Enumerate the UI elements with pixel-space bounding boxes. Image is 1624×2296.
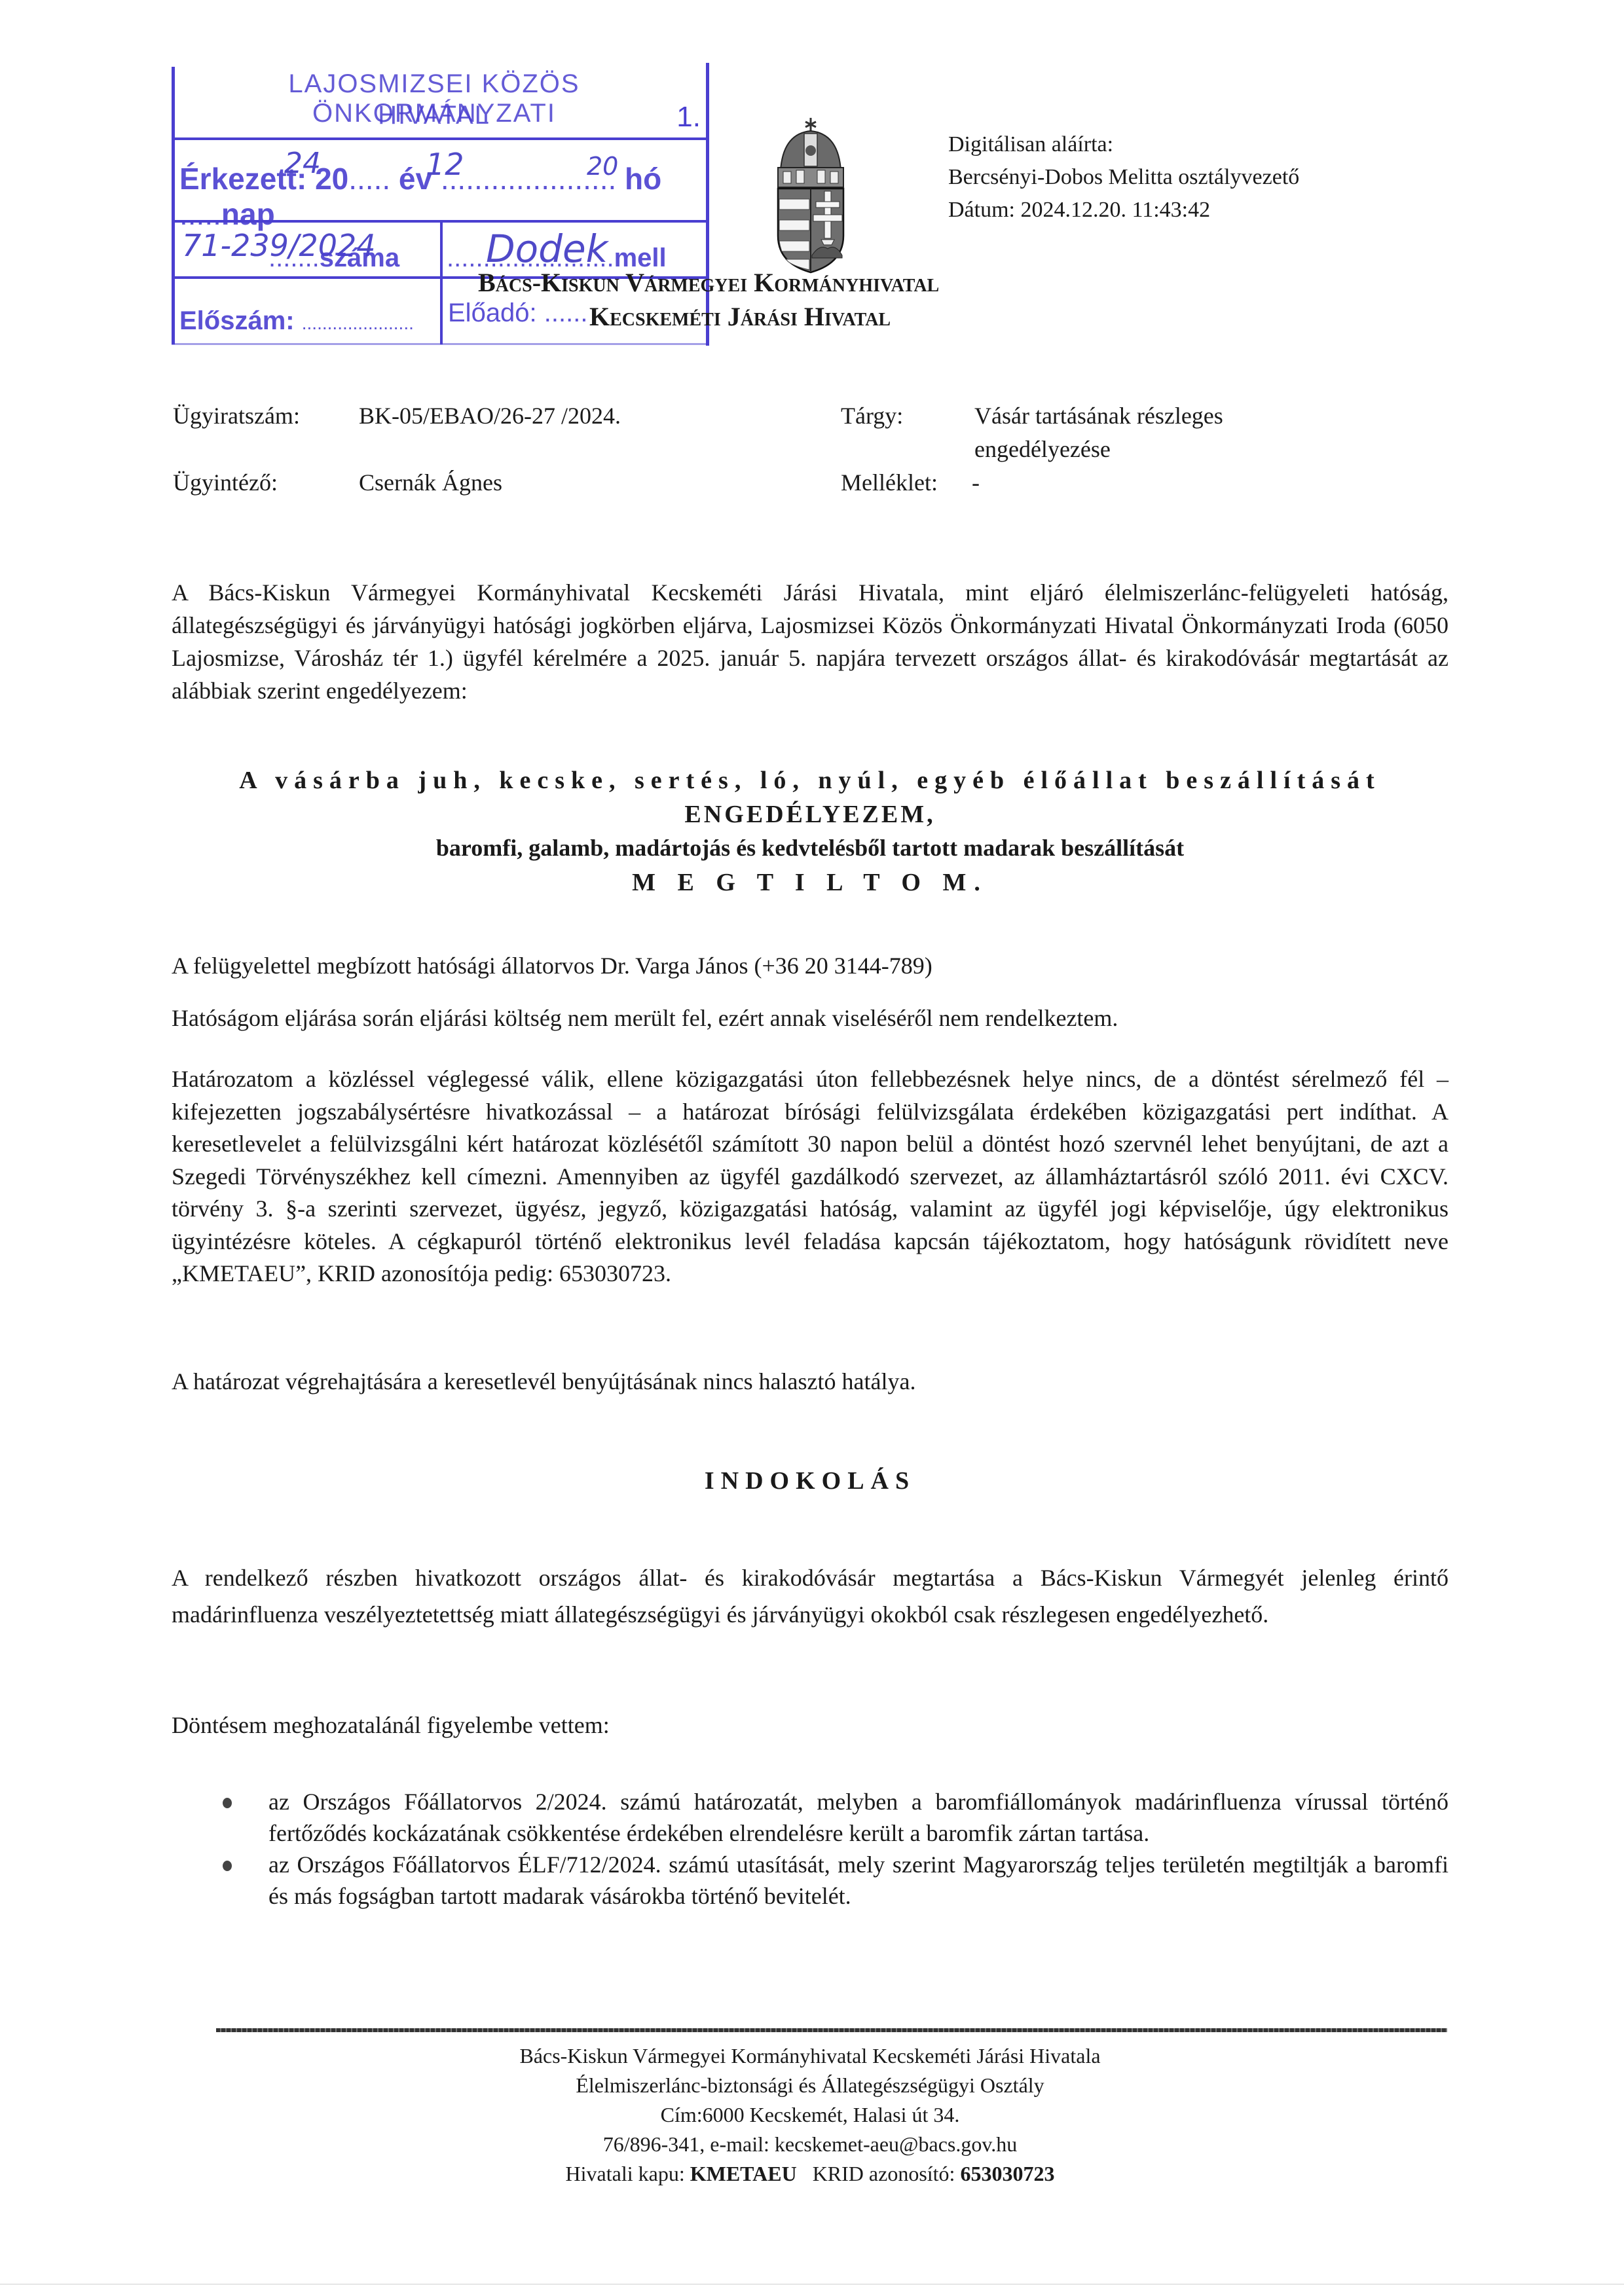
hungarian-coat-of-arms-icon xyxy=(774,118,847,275)
stamp-divider xyxy=(172,137,709,140)
reasoning-paragraph: A rendelkező részben hivatkozott országo… xyxy=(172,1559,1449,1633)
subject-line2: engedélyezése xyxy=(974,435,1111,463)
suspensive-effect-paragraph: A határozat végrehajtására a keresetlevé… xyxy=(172,1365,1449,1398)
officer-name: Csernák Ágnes xyxy=(359,469,502,496)
list-item: az Országos Főállatorvos ÉLF/712/2024. s… xyxy=(172,1849,1449,1912)
attachment-label: Melléklet: xyxy=(841,469,938,496)
digital-signature-block: Digitálisan aláírta: Bercsényi-Dobos Mel… xyxy=(948,128,1299,227)
org-name-line2: Kecskeméti Járási Hivatal xyxy=(589,301,1244,332)
considered-intro: Döntésem meghozatalánál figyelembe vette… xyxy=(172,1709,1449,1741)
reasoning-heading: INDOKOLÁS xyxy=(172,1467,1449,1495)
footer-gateway-value: KMETAEU xyxy=(690,2162,797,2185)
stamp-registry-number-label: .......száma xyxy=(268,244,399,273)
footer-krid-value: 653030723 xyxy=(960,2162,1054,2185)
bullet-icon xyxy=(223,1798,232,1808)
footer-contact: 76/896-341, e-mail: kecskemet-aeu@bacs.g… xyxy=(172,2130,1449,2159)
footer-org: Bács-Kiskun Vármegyei Kormányhivatal Kec… xyxy=(172,2041,1449,2071)
signature-signer: Bercsényi-Dobos Melitta osztályvezető xyxy=(948,161,1299,194)
stamp-received-month: 12 xyxy=(426,147,464,182)
stamp-column-divider xyxy=(440,220,443,344)
decision-prohibit: M E G T I L T O M. xyxy=(172,868,1449,897)
officer-label: Ügyintéző: xyxy=(173,469,278,496)
stamp-received-day: 20 xyxy=(587,152,618,181)
decision-banned-birds: baromfi, galamb, madártojás és kedvtelés… xyxy=(172,834,1449,862)
costs-paragraph: Hatóságom eljárása során eljárási költsé… xyxy=(172,1002,1449,1034)
subject-label: Tárgy: xyxy=(841,402,903,429)
considered-list: az Országos Főállatorvos 2/2024. számú h… xyxy=(172,1786,1449,1912)
bullet-icon xyxy=(223,1861,232,1871)
stamp-handler: Előadó: ...... xyxy=(448,299,587,328)
footer-address: Cím:6000 Kecskemét, Halasi út 34. xyxy=(172,2100,1449,2130)
signature-label: Digitálisan aláírta: xyxy=(948,128,1299,161)
case-number: BK-05/EBAO/26-27 /2024. xyxy=(359,402,621,429)
stamp-copy-number: 1. xyxy=(676,101,701,134)
stamp-received-year: 24 xyxy=(284,147,321,180)
decision-permit: ENGEDÉLYEZEM, xyxy=(172,800,1449,829)
signature-date: Dátum: 2024.12.20. 11:43:42 xyxy=(948,194,1299,227)
stamp-pre-number: Előszám: ...................... xyxy=(179,306,414,336)
scan-edge xyxy=(0,2284,1624,2285)
list-item: az Országos Főállatorvos 2/2024. számú h… xyxy=(172,1786,1449,1849)
footer: Bács-Kiskun Vármegyei Kormányhivatal Kec… xyxy=(172,2041,1449,2189)
org-name-line1: Bács-Kiskun Vármegyei Kormányhivatal xyxy=(478,267,1133,298)
decision-allowed-animals: A vásárba juh, kecske, sertés, ló, nyúl,… xyxy=(172,766,1449,795)
footer-department: Élelmiszerlánc-biztonsági és Állategészs… xyxy=(172,2071,1449,2100)
appeal-paragraph: Határozatom a közléssel véglegessé válik… xyxy=(172,1063,1449,1290)
vet-paragraph: A felügyelettel megbízott hatósági állat… xyxy=(172,949,1449,982)
subject-line1: Vásár tartásának részleges xyxy=(974,402,1223,429)
case-number-label: Ügyiratszám: xyxy=(173,402,300,429)
intro-paragraph: A Bács-Kiskun Vármegyei Kormányhivatal K… xyxy=(172,576,1449,707)
footer-divider xyxy=(216,2028,1447,2032)
attachment-value: - xyxy=(972,469,980,496)
footer-gateway: Hivatali kapu: KMETAEU KRID azonosító: 6… xyxy=(172,2159,1449,2189)
stamp-office-line2: HIVATAL xyxy=(172,101,697,130)
